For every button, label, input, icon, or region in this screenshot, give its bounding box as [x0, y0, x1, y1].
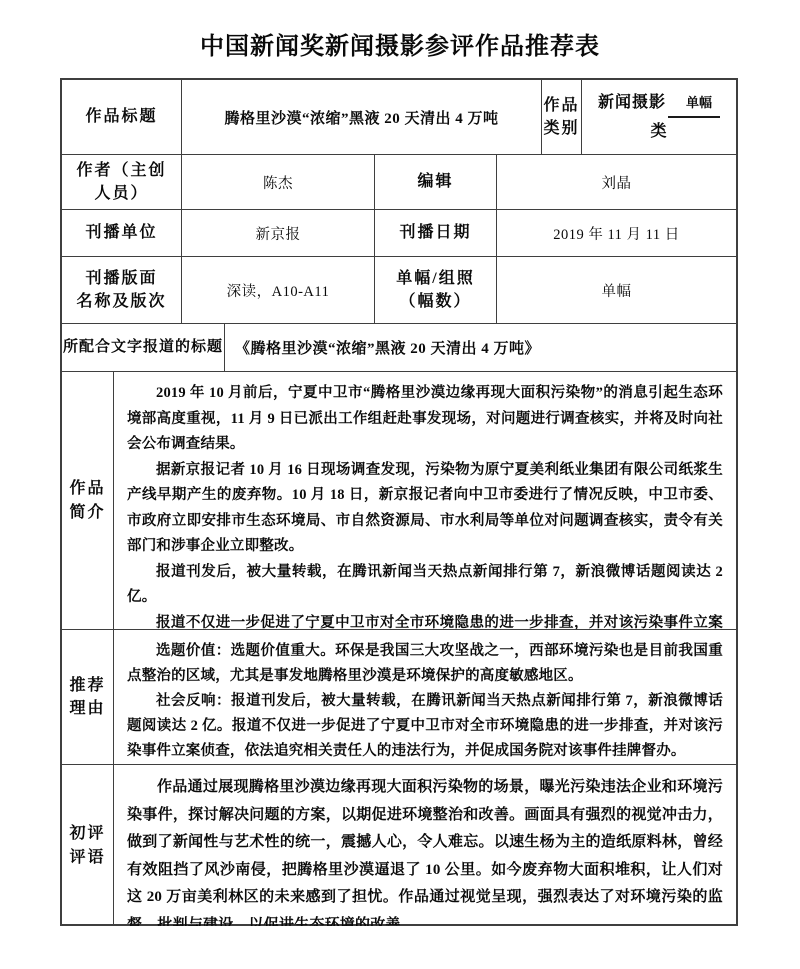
intro-paragraph: 报道刊发后，被大量转载，在腾讯新闻当天热点新闻排行第 7，新浪微博话题阅读达 2…	[127, 560, 723, 611]
recommendation-table: 作品标题 腾格里沙漠“浓缩”黑液 20 天清出 4 万吨 作品 类别 新闻摄影单…	[60, 78, 738, 926]
category-fill-value: 单幅	[686, 95, 712, 110]
publish-date-value: 2019 年 11 月 11 日	[553, 223, 680, 244]
category-underline: 单幅	[668, 89, 720, 118]
text-report-label: 所配合文字报道的标题	[63, 337, 223, 359]
review-row: 初评 评语 作品通过展现腾格里沙漠边缘再现大面积污染物的场景，曝光污染违法企业和…	[62, 765, 736, 926]
layout-row: 刊播版面 名称及版次 深读，A10-A11 单幅/组照 （幅数） 单幅	[62, 257, 736, 324]
editor-value: 刘晶	[602, 172, 632, 193]
work-title-row: 作品标题 腾格里沙漠“浓缩”黑液 20 天清出 4 万吨 作品 类别 新闻摄影单…	[62, 80, 736, 155]
layout-label: 刊播版面 名称及版次	[76, 267, 166, 313]
review-paragraph: 作品通过展现腾格里沙漠边缘再现大面积污染物的场景，曝光污染违法企业和环境污染事件…	[127, 774, 723, 926]
reason-paragraph: 选题价值：选题价值重大。环保是我国三大攻坚战之一，西部环境污染也是目前我国重点整…	[127, 639, 723, 689]
category-value-cell: 新闻摄影单幅 类	[582, 80, 736, 154]
format-value: 单幅	[602, 280, 632, 301]
publish-unit-label: 刊播单位	[85, 221, 157, 244]
intro-body: 2019 年 10 月前后，宁夏中卫市“腾格里沙漠边缘再现大面积污染物”的消息引…	[114, 372, 736, 629]
text-report-value: 《腾格里沙漠“浓缩”黑液 20 天清出 4 万吨》	[235, 337, 540, 358]
text-report-row: 所配合文字报道的标题 《腾格里沙漠“浓缩”黑液 20 天清出 4 万吨》	[62, 324, 736, 372]
category-prefix: 新闻摄影	[598, 94, 666, 111]
format-label: 单幅/组照 （幅数）	[396, 267, 474, 313]
reason-label: 推荐 理由	[69, 674, 105, 720]
publish-unit-value: 新京报	[256, 223, 301, 244]
editor-label: 编辑	[417, 170, 453, 193]
category-label: 作品 类别	[543, 94, 579, 140]
review-body: 作品通过展现腾格里沙漠边缘再现大面积污染物的场景，曝光污染违法企业和环境污染事件…	[114, 765, 736, 926]
work-title-label: 作品标题	[85, 105, 157, 128]
review-label: 初评 评语	[69, 822, 105, 868]
intro-paragraph: 2019 年 10 月前后，宁夏中卫市“腾格里沙漠边缘再现大面积污染物”的消息引…	[127, 381, 723, 458]
publish-row: 刊播单位 新京报 刊播日期 2019 年 11 月 11 日	[62, 210, 736, 257]
intro-row: 作品 简介 2019 年 10 月前后，宁夏中卫市“腾格里沙漠边缘再现大面积污染…	[62, 372, 736, 630]
reason-row: 推荐 理由 选题价值：选题价值重大。环保是我国三大攻坚战之一，西部环境污染也是目…	[62, 630, 736, 765]
page-title: 中国新闻奖新闻摄影参评作品推荐表	[0, 26, 800, 61]
work-title-value: 腾格里沙漠“浓缩”黑液 20 天清出 4 万吨	[224, 107, 498, 128]
category-suffix: 类	[650, 118, 667, 145]
author-row: 作者（主创 人员） 陈杰 编辑 刘晶	[62, 155, 736, 210]
layout-value: 深读，A10-A11	[227, 280, 330, 301]
author-value: 陈杰	[263, 172, 293, 193]
reason-paragraph: 社会反响：报道刊发后，被大量转载，在腾讯新闻当天热点新闻排行第 7，新浪微博话题…	[127, 689, 723, 764]
intro-paragraph: 报道不仅进一步促进了宁夏中卫市对全市环境隐患的进一步排查，并对该污染事件立案侦查…	[127, 611, 723, 630]
intro-paragraph: 据新京报记者 10 月 16 日现场调查发现，污染物为原宁夏美利纸业集团有限公司…	[127, 458, 723, 560]
intro-label: 作品 简介	[69, 477, 105, 523]
reason-body: 选题价值：选题价值重大。环保是我国三大攻坚战之一，西部环境污染也是目前我国重点整…	[114, 630, 736, 764]
author-label: 作者（主创 人员）	[76, 159, 166, 205]
publish-date-label: 刊播日期	[399, 221, 471, 244]
